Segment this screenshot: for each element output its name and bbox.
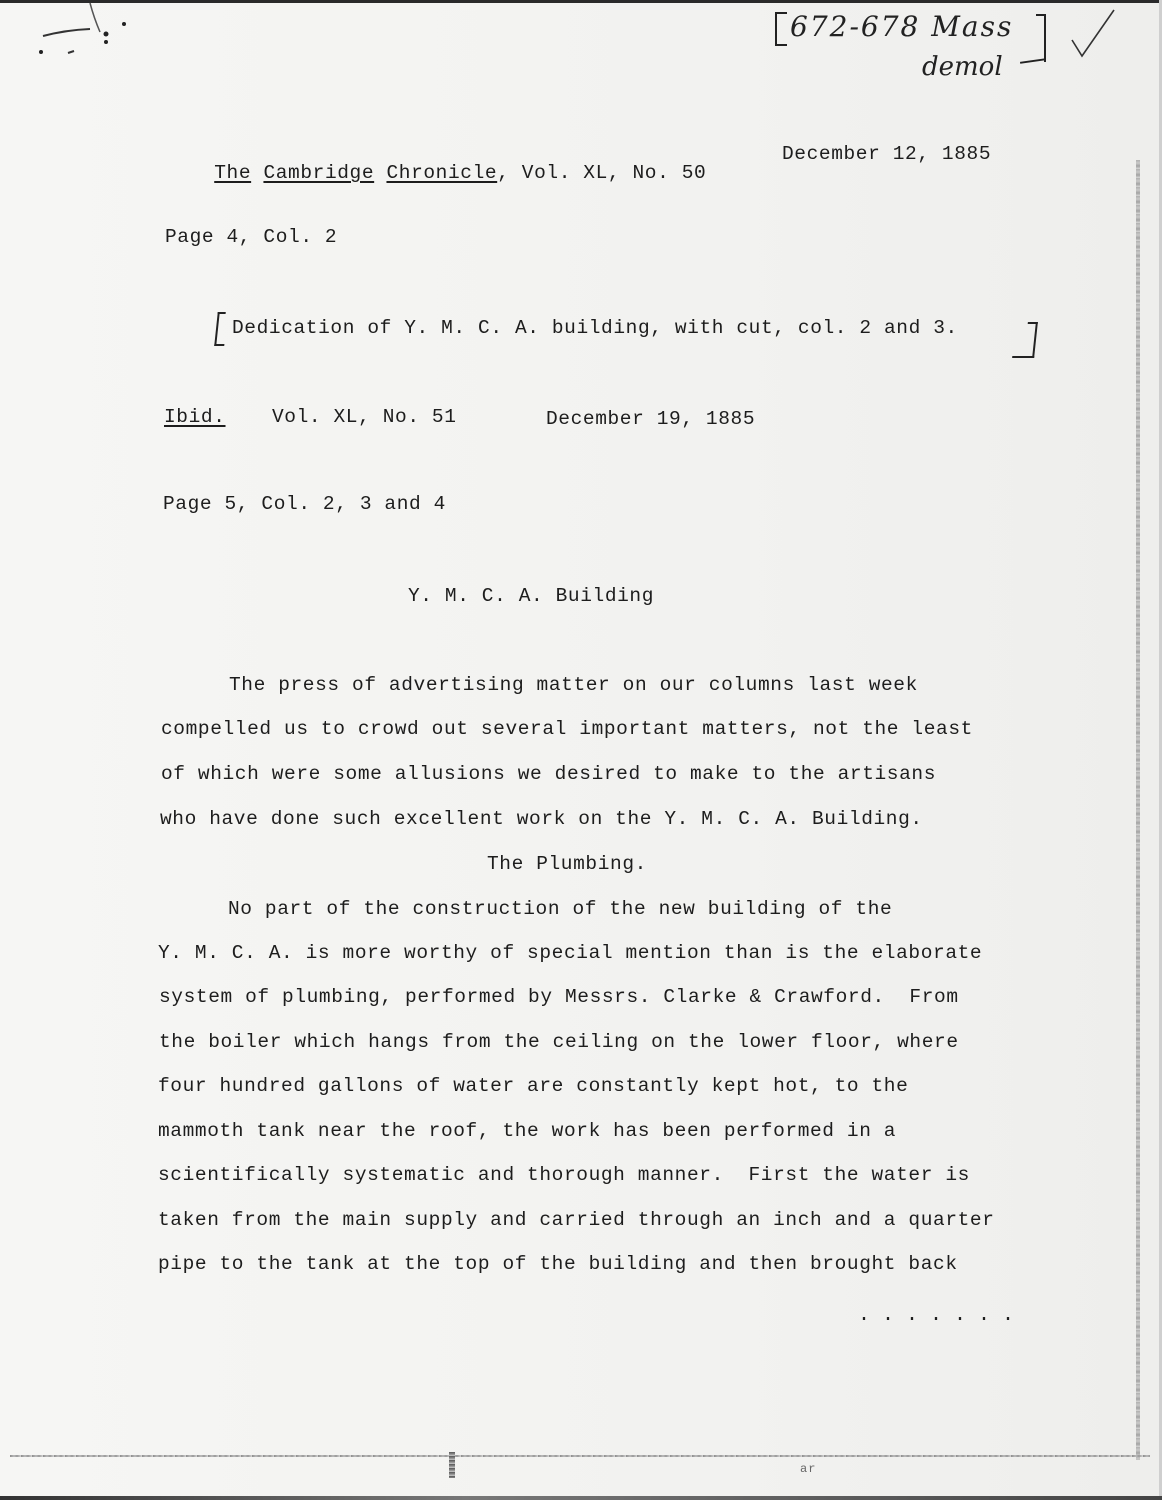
- continuation-ellipsis: .......: [858, 1304, 1026, 1327]
- paragraph-2-line: taken from the main supply and carried t…: [158, 1209, 995, 1231]
- corner-scribble-icon: [36, 0, 136, 60]
- footer-tick-mark: [449, 1452, 455, 1478]
- newspaper-name-word: The: [214, 162, 251, 184]
- note-close-bracket: [1024, 322, 1038, 358]
- handwritten-annotation: demol: [922, 52, 1003, 82]
- paragraph-2-line: scientifically systematic and thorough m…: [158, 1164, 970, 1186]
- paragraph-2-line: the boiler which hangs from the ceiling …: [159, 1031, 959, 1053]
- document-page: 672-678 Mass demol The Cambridge Chronic…: [0, 0, 1162, 1500]
- citation-1-page: Page 4, Col. 2: [165, 226, 337, 248]
- citation-1-date: December 12, 1885: [782, 143, 991, 165]
- paragraph-1-line: who have done such excellent work on the…: [160, 808, 923, 830]
- citation-2-page: Page 5, Col. 2, 3 and 4: [163, 493, 446, 515]
- checkmark-icon: [1070, 6, 1116, 60]
- subheading-plumbing: The Plumbing.: [487, 853, 647, 875]
- paragraph-1-line: The press of advertising matter on our c…: [229, 674, 918, 696]
- scan-bottom-edge: [0, 1496, 1162, 1500]
- footer-mark-text: ar: [800, 1462, 816, 1476]
- binding-shadow: [1136, 160, 1140, 1460]
- paragraph-1-line: of which were some allusions we desired …: [161, 763, 936, 785]
- citation-1-header: The Cambridge Chronicle, Vol. XL, No. 50: [165, 140, 706, 206]
- newspaper-name-word: Cambridge: [263, 162, 374, 184]
- paragraph-2-line: system of plumbing, performed by Messrs.…: [159, 986, 959, 1008]
- scan-top-edge: [0, 0, 1162, 3]
- citation-1-volume: , Vol. XL, No. 50: [497, 162, 706, 184]
- paragraph-2-line: pipe to the tank at the top of the build…: [158, 1253, 958, 1275]
- note-bracket-left: [775, 12, 787, 46]
- paragraph-2-line: No part of the construction of the new b…: [228, 898, 892, 920]
- note-bracket-right: [1036, 14, 1046, 62]
- citation-2-date: December 19, 1885: [546, 408, 755, 430]
- paragraph-2-line: mammoth tank near the roof, the work has…: [158, 1120, 896, 1142]
- citation-2-volume: Vol. XL, No. 51: [272, 406, 457, 428]
- ibid-label: Ibid.: [164, 406, 226, 428]
- handwritten-address: 672-678 Mass: [790, 10, 1013, 43]
- newspaper-name-word: Chronicle: [386, 162, 497, 184]
- article-title: Y. M. C. A. Building: [408, 585, 654, 607]
- paragraph-2-line: Y. M. C. A. is more worthy of special me…: [158, 942, 982, 964]
- fold-line: [10, 1455, 1150, 1457]
- paragraph-1-line: compelled us to crowd out several import…: [161, 718, 973, 740]
- paragraph-2-line: four hundred gallons of water are consta…: [158, 1075, 908, 1097]
- note-open-bracket: [214, 312, 230, 346]
- citation-1-note: Dedication of Y. M. C. A. building, with…: [232, 317, 958, 339]
